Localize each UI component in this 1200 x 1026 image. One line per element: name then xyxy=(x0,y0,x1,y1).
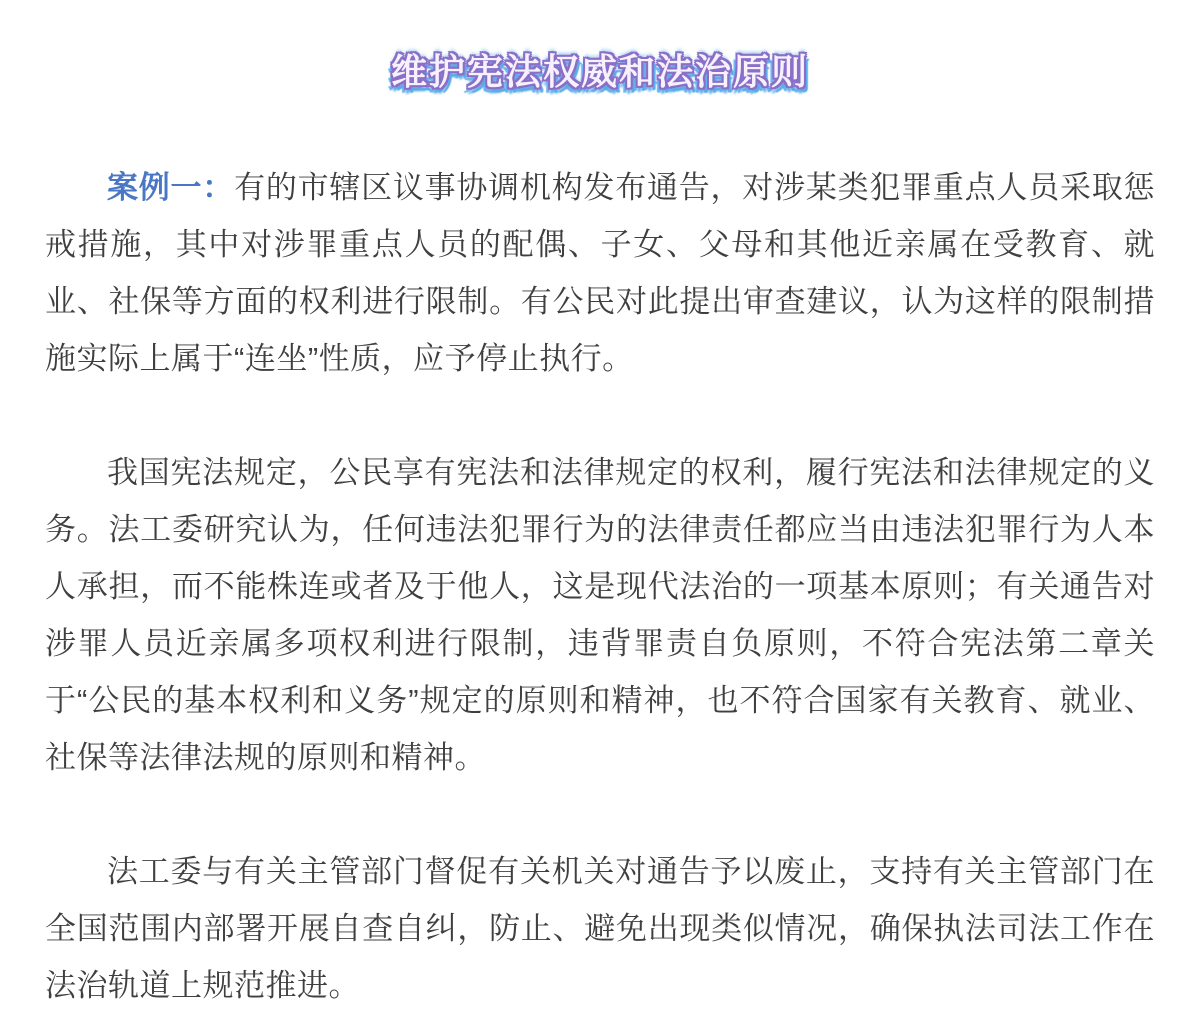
article-body: 案例一：有的市辖区议事协调机构发布通告，对涉某类犯罪重点人员采取惩戒措施，其中对… xyxy=(0,159,1200,1014)
paragraph-resolution-text: 法工委与有关主管部门督促有关机关对通告予以废止，支持有关主管部门在全国范围内部署… xyxy=(45,854,1155,1003)
paragraph-case-one: 案例一：有的市辖区议事协调机构发布通告，对涉某类犯罪重点人员采取惩戒措施，其中对… xyxy=(45,159,1155,387)
paragraph-constitution-analysis: 我国宪法规定，公民享有宪法和法律规定的权利，履行宪法和法律规定的义务。法工委研究… xyxy=(45,444,1155,786)
article-page: 维护宪法权威和法治原则 案例一：有的市辖区议事协调机构发布通告，对涉某类犯罪重点… xyxy=(0,0,1200,1026)
paragraph-resolution: 法工委与有关主管部门督促有关机关对通告予以废止，支持有关主管部门在全国范围内部署… xyxy=(45,843,1155,1014)
article-title: 维护宪法权威和法治原则 xyxy=(0,44,1200,95)
paragraph-constitution-analysis-text: 我国宪法规定，公民享有宪法和法律规定的权利，履行宪法和法律规定的义务。法工委研究… xyxy=(45,455,1155,775)
case-one-label: 案例一： xyxy=(107,170,234,205)
article-title-text: 维护宪法权威和法治原则 xyxy=(391,44,809,95)
